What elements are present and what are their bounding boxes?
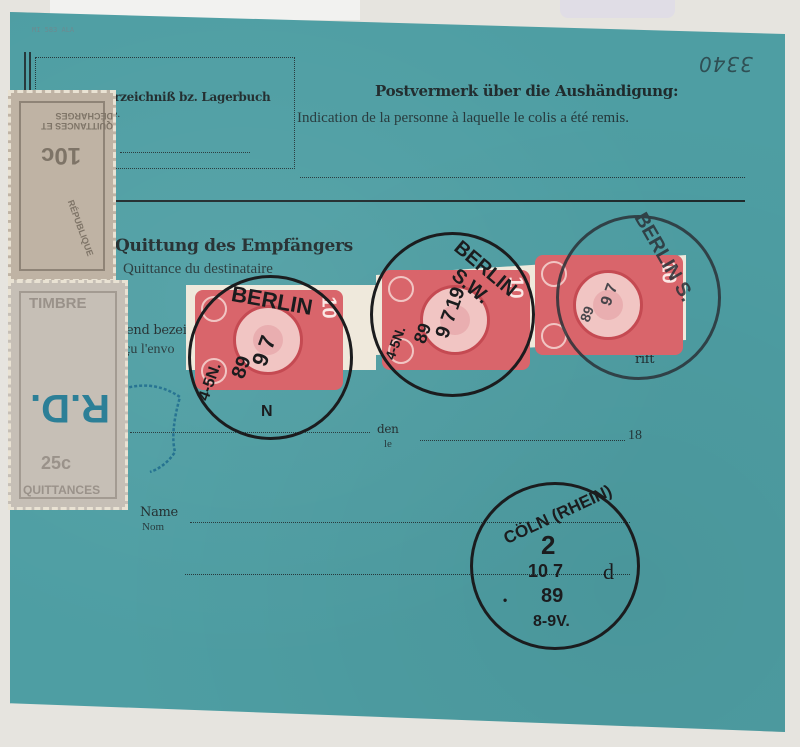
delivery-label-fr: Indication de la personne à laquelle le … (297, 110, 629, 127)
archive-mark: MI 583 ALA (32, 26, 74, 34)
receipt-line-de: gend bezei (118, 323, 187, 338)
postmark-berlin-s: BERLIN S. 9 7 89 (556, 215, 721, 380)
postmark-coeln-rhein: CÖLN (RHEIN) 2 10 7 d 89 8-9V. • (470, 482, 640, 650)
delivery-dotted-line (300, 177, 745, 178)
revenue-stamp-10c: QUITTANCES ET DÉCHARGES 10c RÉPUBLIQUE (8, 90, 116, 282)
postmark-berlin-sw: BERLIN S.W. 19 9 7 89 4-5N. (370, 232, 535, 397)
year-prefix: 18 (628, 428, 642, 444)
name-label-de: Name (140, 505, 178, 520)
perfin-letters: R.D. (30, 385, 110, 430)
date-dotted-line (420, 440, 625, 441)
section-divider (110, 200, 745, 202)
handwritten-number: 3340 (698, 52, 753, 76)
scanner-tab (560, 0, 675, 18)
delivery-label-de: Postvermerk über die Aushändigung: (375, 82, 678, 100)
receipt-title-fr: Quittance du destinataire (123, 261, 273, 278)
postmark-berlin-n: BERLIN 9 7 89 4-5N. N (188, 275, 353, 440)
name-label-fr: Nom (142, 521, 164, 533)
date-label-fr: le (384, 438, 392, 450)
date-label-de: den (377, 422, 399, 436)
arrival-dotted-line (120, 152, 250, 153)
receipt-title-de: Quittung des Empfängers (115, 236, 353, 256)
